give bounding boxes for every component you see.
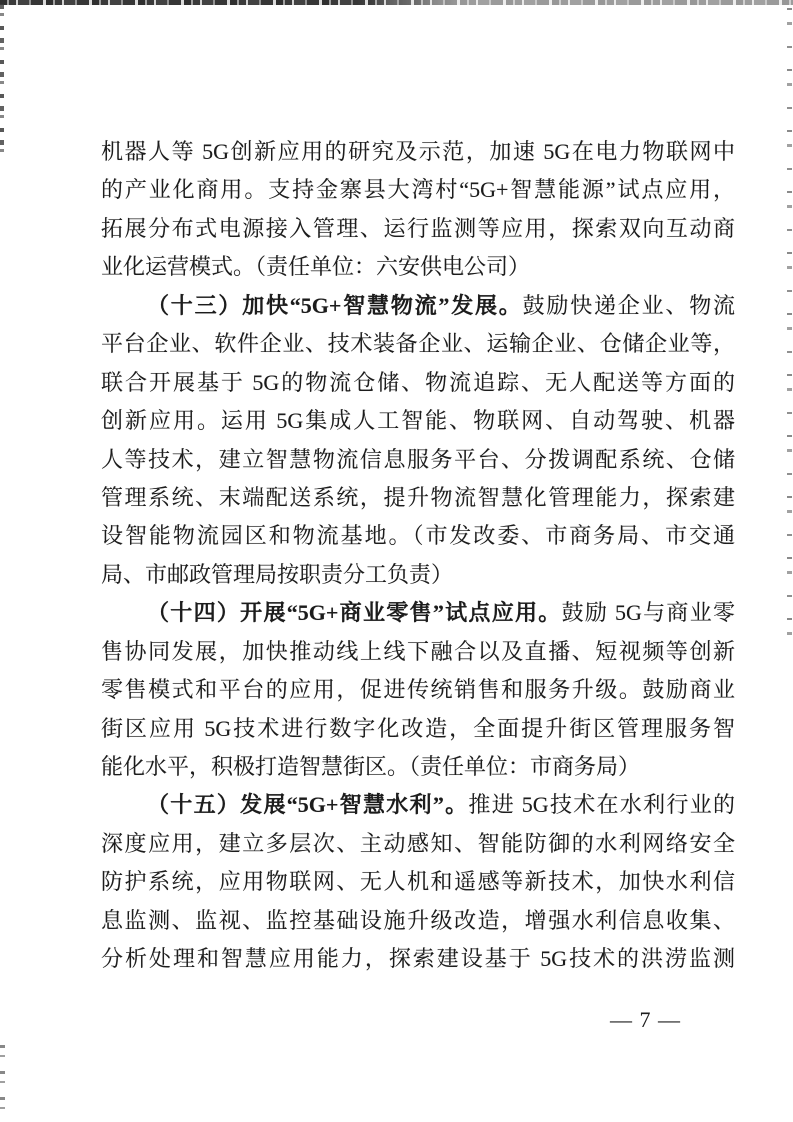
section-heading-text: （十五）发展“5G+智慧水利”。 — [147, 792, 468, 817]
body-text: 零售模式和平台的应用，促进传统销售和服务升级。鼓励商业 — [101, 677, 735, 702]
text-line: 街区应用 5G技术进行数字化改造，全面提升街区管理服务智 — [101, 710, 735, 748]
para-13-5g-smart-logistics: （十三）加快“5G+智慧物流”发展。鼓励快递企业、物流平台企业、软件企业、技术装… — [101, 287, 735, 595]
scanned-document-page: { "page": { "number_label": "— 7 —", "pa… — [0, 0, 793, 1122]
text-line: 创新应用。运用 5G集成人工智能、物联网、自动驾驶、机器 — [101, 402, 735, 440]
text-line: （十三）加快“5G+智慧物流”发展。鼓励快递企业、物流 — [101, 287, 735, 325]
document-body: 机器人等 5G创新应用的研究及示范，加速 5G在电力物联网中的产业化商用。支持金… — [101, 133, 735, 979]
body-text: 管理系统、末端配送系统，提升物流智慧化管理能力，探索建 — [101, 485, 735, 510]
section-heading-text: （十四）开展“5G+商业零售”试点应用。 — [147, 600, 562, 625]
body-text: 局、市邮政管理局按职责分工负责） — [101, 562, 453, 587]
para-14-5g-commercial-retail: （十四）开展“5G+商业零售”试点应用。鼓励 5G与商业零售协同发展，加快推动线… — [101, 594, 735, 786]
text-line: 拓展分布式电源接入管理、运行监测等应用，探索双向互动商 — [101, 210, 735, 248]
body-text: 推进 5G技术在水利行业的 — [468, 792, 735, 817]
scan-noise-left-bottom-edge — [0, 1045, 5, 1122]
body-text: 设智能物流园区和物流基地。（市发改委、市商务局、市交通 — [101, 523, 735, 548]
body-text: 业化运营模式。（责任单位：六安供电公司） — [101, 254, 530, 279]
body-text: 鼓励快递企业、物流 — [523, 293, 735, 318]
body-text: 息监测、监视、监控基础设施升级改造，增强水利信息收集、 — [101, 908, 735, 933]
body-text: 能化水平，积极打造智慧街区。（责任单位：市商务局） — [101, 754, 640, 779]
body-text: 联合开展基于 5G的物流仓储、物流追踪、无人配送等方面的 — [101, 370, 735, 395]
scan-noise-left-edge — [0, 4, 4, 154]
text-line: 深度应用，建立多层次、主动感知、智能防御的水利网络安全 — [101, 825, 735, 863]
body-text: 平台企业、软件企业、技术装备企业、运输企业、仓储企业等， — [101, 331, 735, 356]
text-line: 息监测、监视、监控基础设施升级改造，增强水利信息收集、 — [101, 902, 735, 940]
body-text: 防护系统，应用物联网、无人机和遥感等新技术，加快水利信 — [101, 869, 735, 894]
text-line: 分析处理和智慧应用能力，探索建设基于 5G技术的洪涝监测 — [101, 940, 735, 978]
text-line: 平台企业、软件企业、技术装备企业、运输企业、仓储企业等， — [101, 325, 735, 363]
para-15-5g-smart-water: （十五）发展“5G+智慧水利”。推进 5G技术在水利行业的深度应用，建立多层次、… — [101, 786, 735, 978]
body-text: 机器人等 5G创新应用的研究及示范，加速 5G在电力物联网中 — [101, 139, 735, 164]
body-text: 售协同发展，加快推动线上线下融合以及直播、短视频等创新 — [101, 639, 735, 664]
body-text: 的产业化商用。支持金寨县大湾村“5G+智慧能源”试点应用， — [101, 177, 735, 202]
text-line: （十四）开展“5G+商业零售”试点应用。鼓励 5G与商业零 — [101, 594, 735, 632]
body-text: 拓展分布式电源接入管理、运行监测等应用，探索双向互动商 — [101, 216, 735, 241]
text-line: 的产业化商用。支持金寨县大湾村“5G+智慧能源”试点应用， — [101, 171, 735, 209]
section-heading-text: （十三）加快“5G+智慧物流”发展。 — [147, 293, 523, 318]
text-line: 联合开展基于 5G的物流仓储、物流追踪、无人配送等方面的 — [101, 364, 735, 402]
text-line: 设智能物流园区和物流基地。（市发改委、市商务局、市交通 — [101, 517, 735, 555]
body-text: 分析处理和智慧应用能力，探索建设基于 5G技术的洪涝监测 — [101, 946, 735, 971]
text-line: 管理系统、末端配送系统，提升物流智慧化管理能力，探索建 — [101, 479, 735, 517]
text-line: 能化水平，积极打造智慧街区。（责任单位：市商务局） — [101, 748, 735, 786]
text-line: 零售模式和平台的应用，促进传统销售和服务升级。鼓励商业 — [101, 671, 735, 709]
text-line: 售协同发展，加快推动线上线下融合以及直播、短视频等创新 — [101, 633, 735, 671]
text-line: 机器人等 5G创新应用的研究及示范，加速 5G在电力物联网中 — [101, 133, 735, 171]
text-line: 局、市邮政管理局按职责分工负责） — [101, 556, 735, 594]
page-number: — 7 — — [610, 1006, 681, 1034]
body-text: 鼓励 5G与商业零 — [562, 600, 735, 625]
body-text: 创新应用。运用 5G集成人工智能、物联网、自动驾驶、机器 — [101, 408, 735, 433]
text-line: （十五）发展“5G+智慧水利”。推进 5G技术在水利行业的 — [101, 786, 735, 824]
para-5g-smart-energy-continued: 机器人等 5G创新应用的研究及示范，加速 5G在电力物联网中的产业化商用。支持金… — [101, 133, 735, 287]
document-page: 机器人等 5G创新应用的研究及示范，加速 5G在电力物联网中的产业化商用。支持金… — [0, 0, 793, 1122]
scan-noise-right-edge — [787, 8, 792, 648]
scan-noise-top-edge — [0, 0, 793, 5]
body-text: 街区应用 5G技术进行数字化改造，全面提升街区管理服务智 — [101, 716, 735, 741]
body-text: 深度应用，建立多层次、主动感知、智能防御的水利网络安全 — [101, 831, 735, 856]
text-line: 人等技术，建立智慧物流信息服务平台、分拨调配系统、仓储 — [101, 441, 735, 479]
body-text: 人等技术，建立智慧物流信息服务平台、分拨调配系统、仓储 — [101, 447, 735, 472]
text-line: 防护系统，应用物联网、无人机和遥感等新技术，加快水利信 — [101, 863, 735, 901]
text-line: 业化运营模式。（责任单位：六安供电公司） — [101, 248, 735, 286]
